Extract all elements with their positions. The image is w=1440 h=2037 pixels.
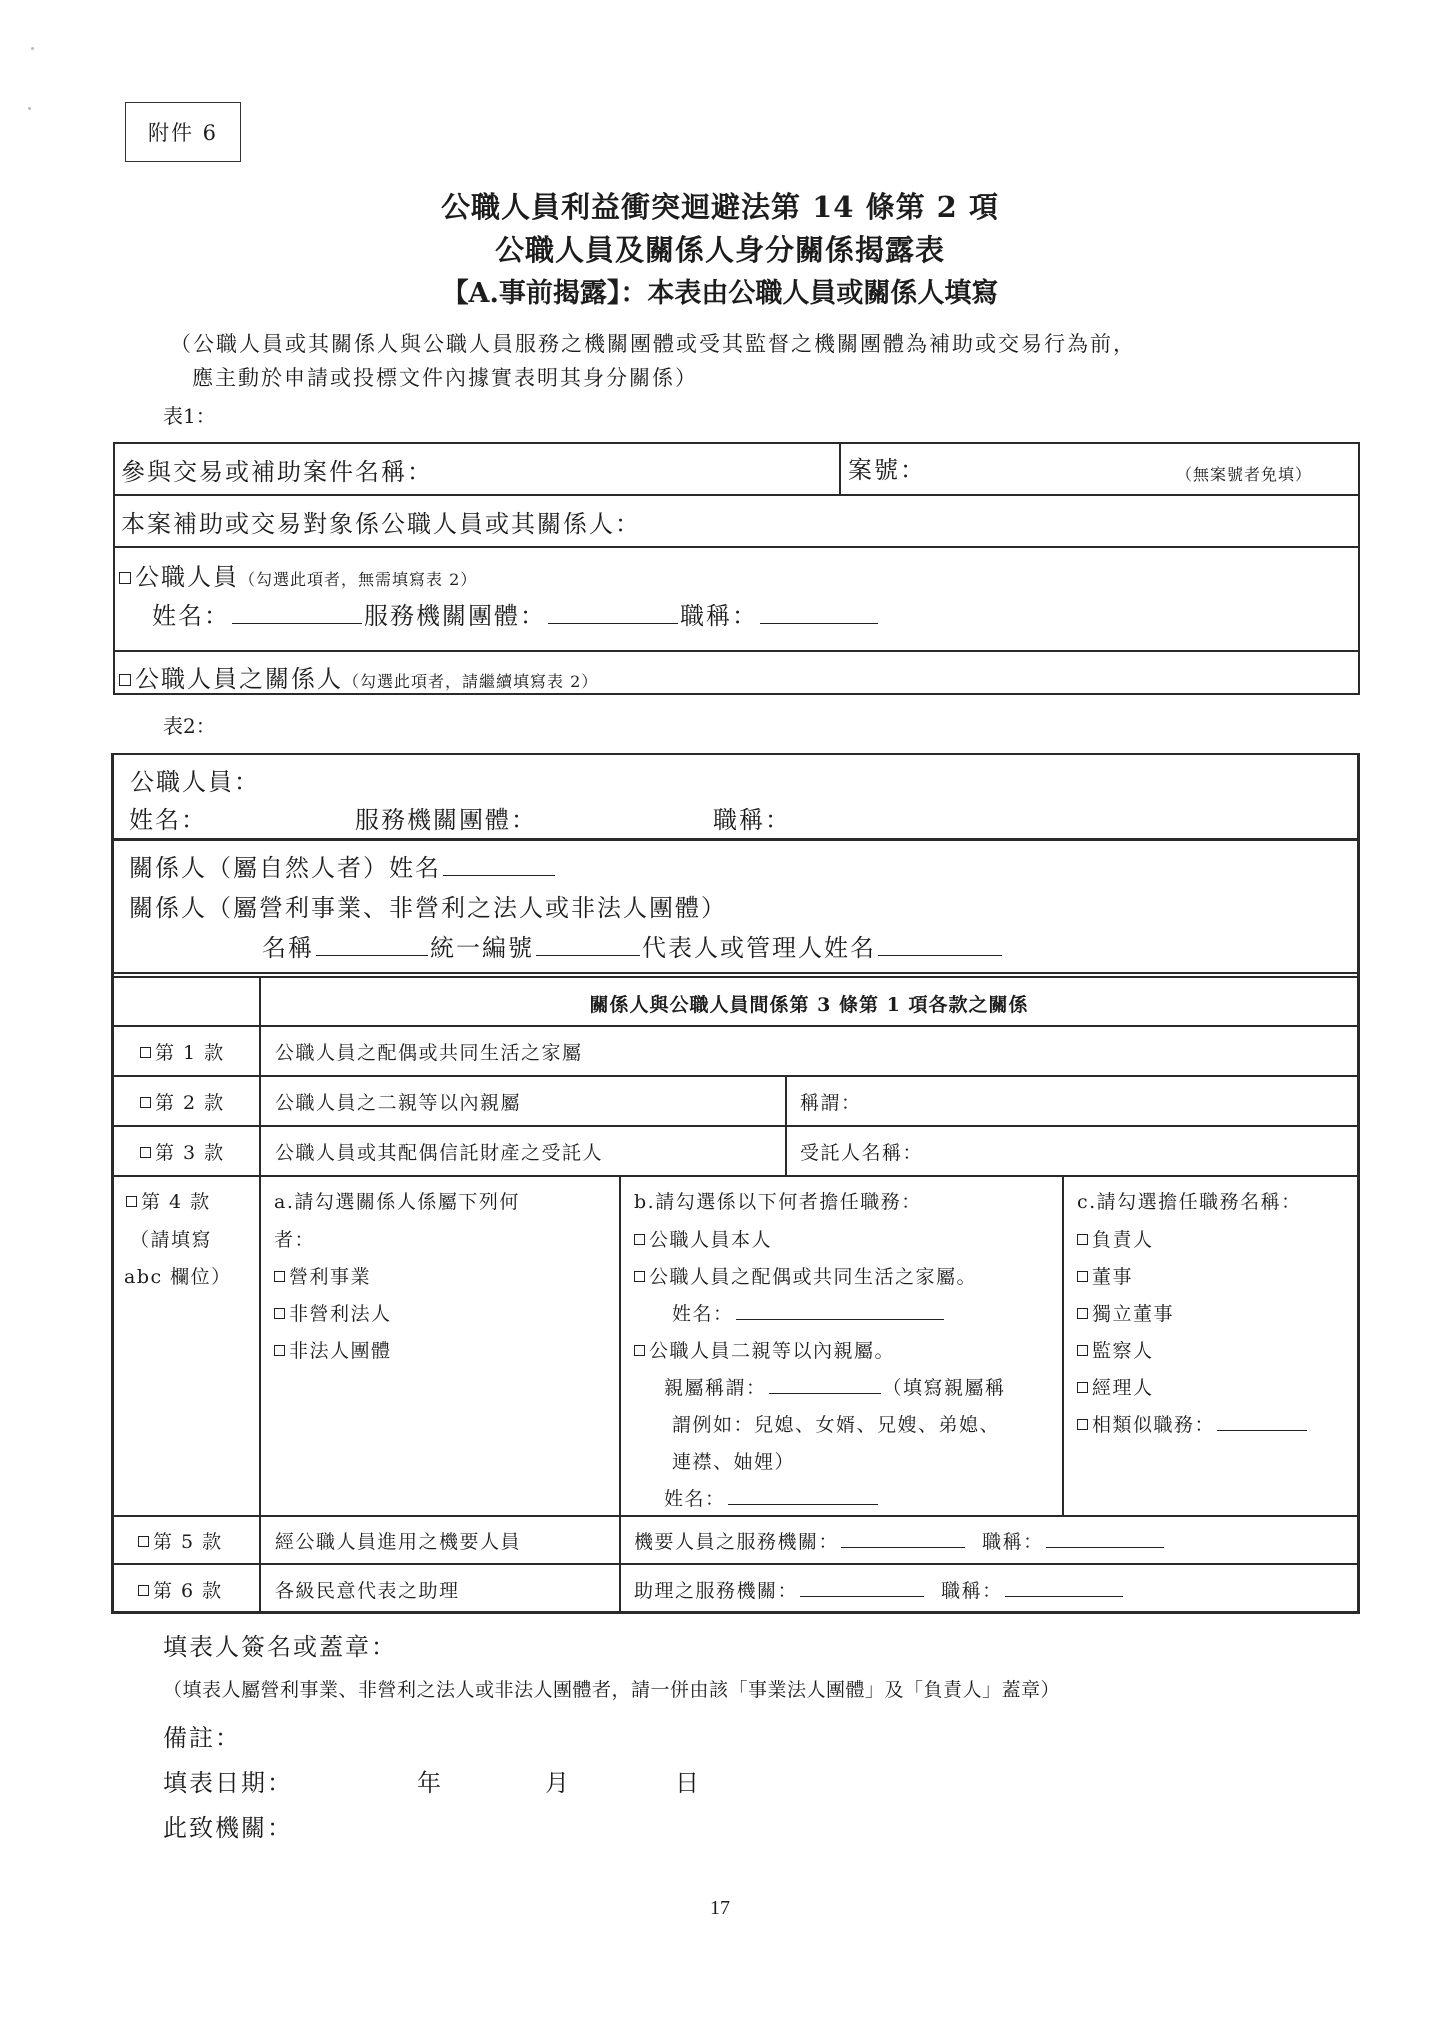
- col-c-option-similar[interactable]: 相類似職務：: [1077, 1410, 1309, 1437]
- clause6-title-label: 職稱：: [941, 1580, 1003, 1602]
- col-b-spouse-name-line: 姓名：: [672, 1299, 946, 1326]
- related-natural-line: 關係人（屬自然人者）姓名: [129, 848, 557, 883]
- date-label: 填表日期：: [163, 1763, 293, 1798]
- signature-field[interactable]: [420, 1620, 1020, 1660]
- col-c-option-director[interactable]: 董事: [1077, 1262, 1133, 1289]
- checkbox-clause2[interactable]: [140, 1097, 151, 1108]
- checkbox-clause4[interactable]: [126, 1196, 137, 1207]
- checkbox-relative[interactable]: [634, 1345, 645, 1356]
- t2-official-name-label: 姓名：: [129, 800, 207, 835]
- t2-official-title-label: 職稱：: [713, 800, 791, 835]
- attachment-label-text: 附件 6: [148, 117, 218, 147]
- form-title-line1: 公職人員利益衝突迴避法第 14 條第 2 項: [0, 185, 1440, 226]
- col-b-relation-field[interactable]: [769, 1374, 881, 1394]
- col-a-option-nonprofit[interactable]: 非營利法人: [274, 1299, 392, 1326]
- clause6-agency-label: 助理之服務機關：: [634, 1580, 798, 1602]
- signature-note: （填表人屬營利事業、非營利之法人或非法人團體者，請一併由該「事業法人團體」及「負…: [163, 1675, 1060, 1702]
- checkbox-manager[interactable]: [1077, 1382, 1088, 1393]
- clause4-option[interactable]: 第 4 款: [126, 1187, 211, 1214]
- checkbox-clause6[interactable]: [138, 1585, 149, 1596]
- clause5-label: 第 5 款: [153, 1531, 223, 1553]
- checkbox-nonprofit-corp[interactable]: [274, 1308, 285, 1319]
- tax-id-label: 統一編號: [430, 934, 534, 962]
- relations-header: 關係人與公職人員間係第 3 條第 1 項各款之關係: [260, 990, 1358, 1017]
- checkbox-similar-position[interactable]: [1077, 1419, 1088, 1430]
- table2-label: 表2：: [163, 710, 216, 739]
- col-b-relation-hint1: （填寫親屬稱: [883, 1377, 1006, 1399]
- scan-speck: [31, 47, 34, 50]
- instruction-note-line1: （公職人員或其關係人與公職人員服務之機關團體或受其監督之機關團體為補助或交易行為…: [170, 328, 1136, 358]
- date-year-field[interactable]: [300, 1760, 412, 1796]
- t2-official-name-field[interactable]: [200, 798, 340, 830]
- instruction-note-line2: 應主動於申請或投標文件內據實表明其身分關係）: [192, 362, 698, 392]
- date-day-label: 日: [675, 1763, 701, 1798]
- col-b-spouse-name-field[interactable]: [736, 1300, 944, 1320]
- clause6-title-field[interactable]: [1005, 1577, 1123, 1597]
- date-day-field[interactable]: [578, 1760, 673, 1796]
- representative-label: 代表人或管理人姓名: [642, 934, 876, 962]
- col-c-option-director-label: 董事: [1092, 1266, 1133, 1288]
- t2-official-heading: 公職人員：: [130, 762, 260, 797]
- form-title-line3: 【A.事前揭露】：本表由公職人員或關係人填寫: [0, 271, 1440, 310]
- t2-official-title-field[interactable]: [790, 798, 990, 830]
- col-b-relation-hint3: 連襟、妯娌）: [672, 1447, 795, 1474]
- col-a-option-profit-label: 營利事業: [289, 1266, 371, 1288]
- official-info-line: 姓名：服務機關團體：職稱：: [152, 596, 880, 631]
- checkbox-owner[interactable]: [1077, 1234, 1088, 1245]
- official-name-field[interactable]: [232, 599, 362, 624]
- clause5-agency-field[interactable]: [841, 1528, 965, 1548]
- clause5-option[interactable]: 第 5 款: [138, 1527, 223, 1554]
- official-agency-field[interactable]: [548, 599, 678, 624]
- attachment-label: 附件 6: [125, 102, 241, 162]
- representative-field[interactable]: [878, 931, 1002, 956]
- related-entity-label: 關係人（屬營利事業、非營利之法人或非法人團體）: [129, 888, 727, 923]
- clause6-label: 第 6 款: [153, 1580, 223, 1602]
- col-a-option-profit[interactable]: 營利事業: [274, 1262, 371, 1289]
- related-entity-line: 名稱統一編號代表人或管理人姓名: [262, 928, 1004, 963]
- option-related-label: 公職人員之關係人: [135, 665, 343, 693]
- clause3-desc: 公職人員或其配偶信託財產之受託人: [275, 1138, 603, 1165]
- clause3-trustee-label: 受託人名稱：: [800, 1138, 923, 1165]
- scan-speck: [28, 107, 31, 110]
- case-no-label: 案號：: [848, 450, 926, 485]
- clause4-note-line2: abc 欄位）: [124, 1262, 232, 1289]
- clause1-desc: 公職人員之配偶或共同生活之家屬: [275, 1038, 583, 1065]
- clause5-title-label: 職稱：: [982, 1531, 1044, 1553]
- col-b-relation-hint2: 謂例如：兒媳、女婿、兄嫂、弟媳、: [672, 1410, 1000, 1437]
- form-title-line2: 公職人員及關係人身分關係揭露表: [0, 228, 1440, 269]
- col-b-option-self[interactable]: 公職人員本人: [634, 1225, 772, 1252]
- col-c-option-owner-label: 負責人: [1092, 1229, 1154, 1251]
- t2-official-agency-field[interactable]: [540, 798, 700, 830]
- col-c-similar-field[interactable]: [1217, 1411, 1307, 1431]
- entity-name-field[interactable]: [316, 931, 428, 956]
- checkbox-spouse-family[interactable]: [634, 1271, 645, 1282]
- clause2-appellation-label: 稱謂：: [800, 1088, 862, 1115]
- clause5-title-field[interactable]: [1046, 1528, 1164, 1548]
- col-a-option-unincorporated[interactable]: 非法人團體: [274, 1336, 392, 1363]
- col-a-option-nonprofit-label: 非營利法人: [289, 1303, 392, 1325]
- t2-official-agency-label: 服務機關團體：: [355, 800, 537, 835]
- checkbox-clause3[interactable]: [140, 1147, 151, 1158]
- clause3-label: 第 3 款: [155, 1142, 225, 1164]
- clause2-appellation-field[interactable]: [870, 1082, 1340, 1118]
- col-a-option-unincorporated-label: 非法人團體: [289, 1340, 392, 1362]
- clause6-agency-field[interactable]: [800, 1577, 924, 1597]
- clause6-option[interactable]: 第 6 款: [138, 1576, 223, 1603]
- col-b-relation-line: 親屬稱謂：（填寫親屬稱: [664, 1373, 1006, 1400]
- col-c-option-supervisor-label: 監察人: [1092, 1340, 1154, 1362]
- official-title-field[interactable]: [760, 599, 878, 624]
- clause1-label: 第 1 款: [155, 1042, 225, 1064]
- clause4-note-line1: （請填寫: [130, 1225, 212, 1252]
- option-related-hint: （勾選此項者，請繼續填寫表 2）: [343, 672, 598, 691]
- date-month-field[interactable]: [450, 1760, 545, 1796]
- col-b-option-relative[interactable]: 公職人員二親等以內親屬。: [634, 1336, 895, 1363]
- tax-id-field[interactable]: [536, 931, 640, 956]
- col-c-option-independent-director[interactable]: 獨立董事: [1077, 1299, 1174, 1326]
- page-number: 17: [0, 1897, 1440, 1920]
- checkbox-director[interactable]: [1077, 1271, 1088, 1282]
- official-name-label: 姓名：: [152, 602, 230, 630]
- signature-label: 填表人簽名或蓋章：: [163, 1627, 397, 1662]
- clause6-fields: 助理之服務機關： 職稱：: [634, 1576, 1125, 1603]
- checkbox-independent-director[interactable]: [1077, 1308, 1088, 1319]
- col-c-option-supervisor[interactable]: 監察人: [1077, 1336, 1154, 1363]
- remarks-field[interactable]: [240, 1714, 1140, 1750]
- case-no-field[interactable]: [930, 447, 1170, 491]
- checkbox-profit-enterprise[interactable]: [274, 1271, 285, 1282]
- col-b-option-spouse[interactable]: 公職人員之配偶或共同生活之家屬。: [634, 1262, 977, 1289]
- checkbox-unincorporated[interactable]: [274, 1345, 285, 1356]
- case-no-hint: （無案號者免填）: [1176, 462, 1312, 485]
- col-c-option-manager-label: 經理人: [1092, 1377, 1154, 1399]
- clause3-trustee-field[interactable]: [940, 1132, 1340, 1168]
- option-related[interactable]: 公職人員之關係人（勾選此項者，請繼續填寫表 2）: [119, 659, 598, 694]
- col-b-relative-name-line: 姓名：: [664, 1484, 880, 1511]
- table1-label: 表1：: [163, 400, 216, 429]
- clause5-desc: 經公職人員進用之機要人員: [275, 1527, 521, 1554]
- checkbox-related[interactable]: [119, 674, 131, 686]
- checkbox-official-self[interactable]: [634, 1234, 645, 1245]
- col-a-title-line1: a.請勾選關係人係屬下列何: [274, 1187, 520, 1214]
- clause1-option[interactable]: 第 1 款: [140, 1038, 225, 1065]
- col-b-relation-label: 親屬稱謂：: [664, 1377, 767, 1399]
- clause6-desc: 各級民意代表之助理: [275, 1576, 460, 1603]
- col-c-title: c.請勾選擔任職務名稱：: [1077, 1187, 1302, 1214]
- col-c-option-manager[interactable]: 經理人: [1077, 1373, 1154, 1400]
- col-b-title: b.請勾選係以下何者擔任職務：: [634, 1187, 922, 1214]
- col-b-relative-name-field[interactable]: [728, 1485, 878, 1505]
- checkbox-clause1[interactable]: [140, 1047, 151, 1058]
- clause2-label: 第 2 款: [155, 1092, 225, 1114]
- option-official-label: 公職人員: [135, 563, 239, 591]
- clause4-label: 第 4 款: [141, 1191, 211, 1213]
- remarks-label: 備註：: [163, 1718, 241, 1753]
- related-natural-name-field[interactable]: [443, 851, 555, 876]
- col-c-option-independent-director-label: 獨立董事: [1092, 1303, 1174, 1325]
- to-agency-label: 此致機關：: [163, 1808, 293, 1843]
- col-c-option-owner[interactable]: 負責人: [1077, 1225, 1154, 1252]
- col-a-title-line2: 者：: [274, 1225, 315, 1252]
- date-month-label: 月: [545, 1763, 571, 1798]
- clause3-option[interactable]: 第 3 款: [140, 1138, 225, 1165]
- col-b-option-relative-label: 公職人員二親等以內親屬。: [649, 1340, 895, 1362]
- col-b-option-self-label: 公職人員本人: [649, 1229, 772, 1251]
- clause5-fields: 機要人員之服務機關： 職稱：: [634, 1527, 1166, 1554]
- clause2-desc: 公職人員之二親等以內親屬: [275, 1088, 521, 1115]
- date-year-label: 年: [417, 1763, 443, 1798]
- entity-name-label: 名稱: [262, 934, 314, 962]
- official-agency-label: 服務機關團體：: [364, 602, 546, 630]
- case-name-field[interactable]: [120, 447, 830, 491]
- checkbox-supervisor[interactable]: [1077, 1345, 1088, 1356]
- clause2-option[interactable]: 第 2 款: [140, 1088, 225, 1115]
- checkbox-official[interactable]: [119, 572, 131, 584]
- col-b-option-spouse-label: 公職人員之配偶或共同生活之家屬。: [649, 1266, 977, 1288]
- target-label: 本案補助或交易對象係公職人員或其關係人：: [121, 504, 641, 539]
- official-title-label: 職稱：: [680, 602, 758, 630]
- col-b-relative-name-label: 姓名：: [664, 1488, 726, 1510]
- related-natural-label: 關係人（屬自然人者）姓名: [129, 854, 441, 882]
- checkbox-clause5[interactable]: [138, 1536, 149, 1547]
- col-b-spouse-name-label: 姓名：: [672, 1303, 734, 1325]
- option-official[interactable]: 公職人員（勾選此項者，無需填寫表 2）: [119, 557, 477, 592]
- col-c-option-similar-label: 相類似職務：: [1092, 1414, 1215, 1436]
- clause5-agency-label: 機要人員之服務機關：: [634, 1531, 839, 1553]
- option-official-hint: （勾選此項者，無需填寫表 2）: [239, 570, 477, 589]
